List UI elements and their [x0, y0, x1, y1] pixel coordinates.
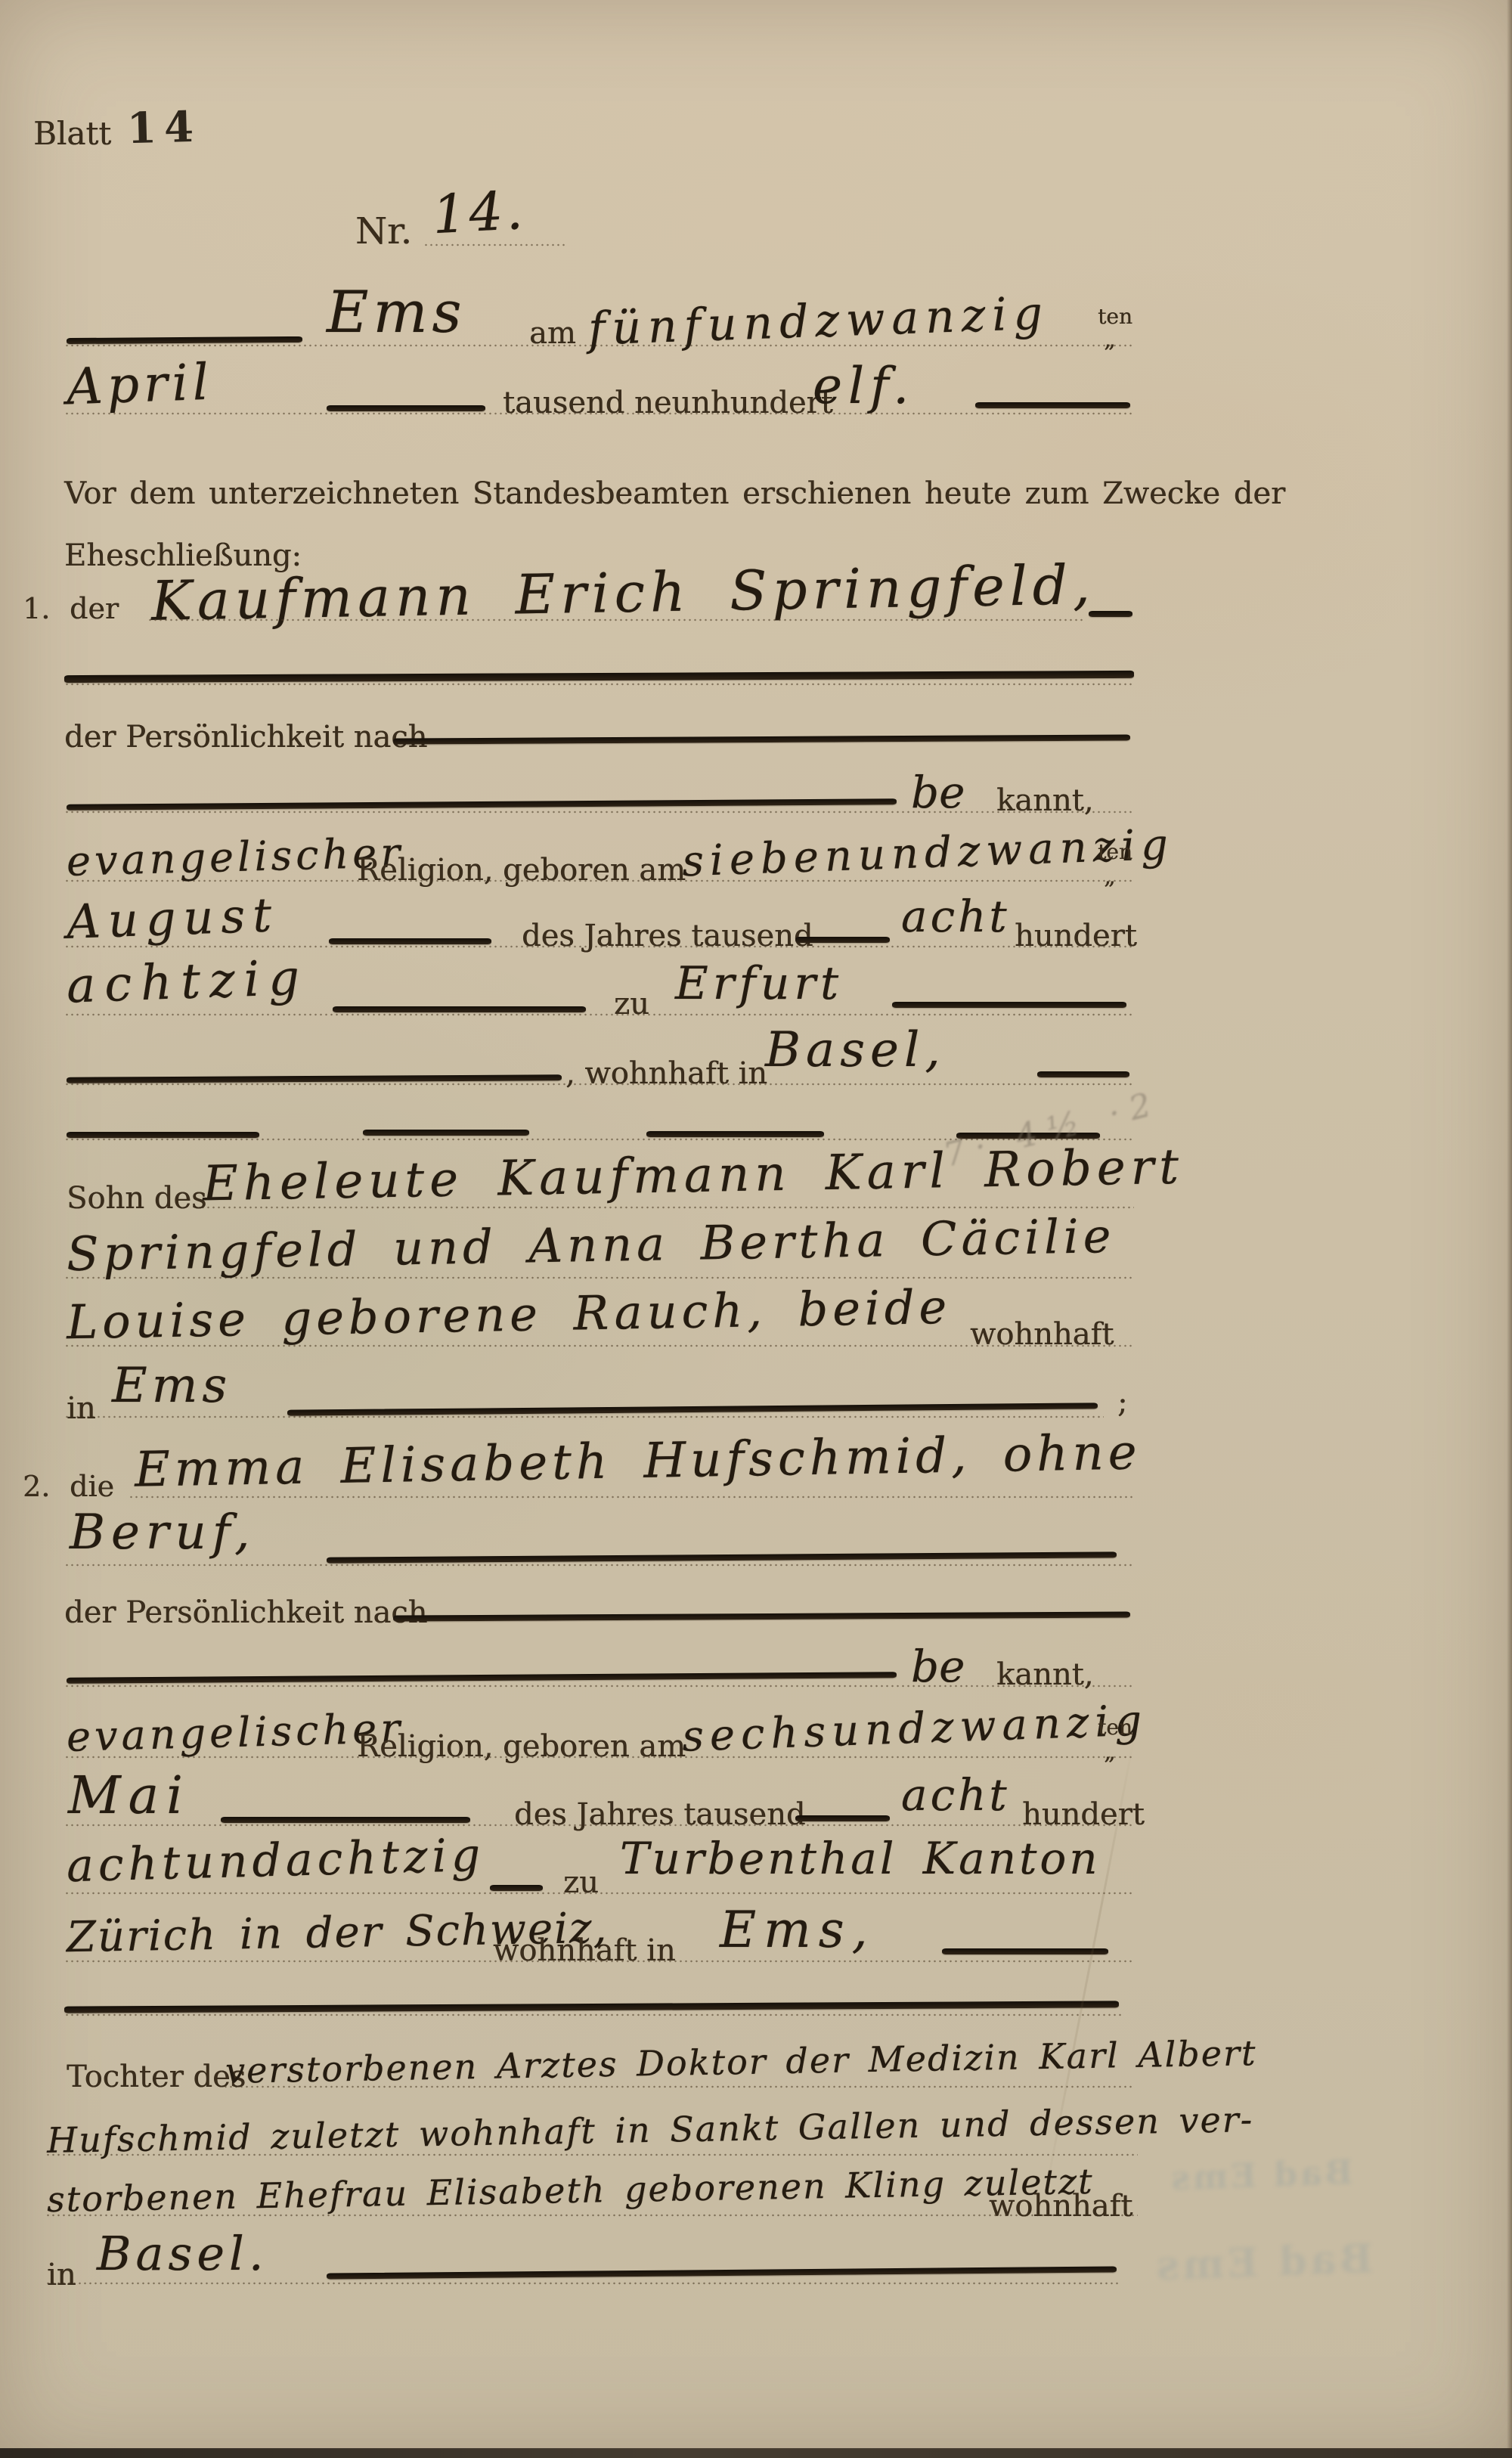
ink-stroke	[393, 1611, 1130, 1621]
bride-parentage-label: Tochter des	[67, 2060, 246, 2094]
groom-article: der	[70, 592, 119, 625]
dotted-guide-line	[64, 1892, 1134, 1895]
ink-stroke	[795, 937, 890, 943]
dotted-guide-line	[64, 1685, 1134, 1688]
bride-year-label: des Jahres tausend	[514, 1797, 805, 1832]
city-entry: Ems	[327, 278, 466, 346]
ink-stroke	[795, 1815, 890, 1821]
groom-kannt-label: kannt,	[996, 783, 1093, 818]
document-page: Blatt 14 Nr. 14. Ems am fünfundzwanzig t…	[0, 0, 1512, 2458]
ink-stroke	[1089, 611, 1132, 617]
bride-religion-entry: evangelischer	[66, 1704, 404, 1761]
ink-stroke	[67, 1074, 562, 1083]
record-number-value: 14.	[431, 179, 527, 246]
bride-residence-entry: Ems,	[720, 1901, 875, 1959]
ink-stroke	[942, 1948, 1108, 1954]
groom-parents-residence-entry: Ems	[112, 1358, 231, 1414]
suffix-mark: „	[1104, 327, 1116, 353]
ghost-stamp: Bad Ems	[1152, 2236, 1374, 2289]
ink-stroke	[975, 402, 1130, 408]
sheet-label: Blatt	[33, 115, 111, 152]
intro-line-1: Vor dem unterzeichneten Standesbeamten e…	[64, 476, 1285, 511]
dotted-guide-line	[64, 2013, 1123, 2016]
ink-stroke	[287, 1403, 1098, 1415]
dotted-guide-line	[64, 811, 1134, 814]
sheet-number-stamp: 14	[126, 102, 202, 154]
bride-religion-label: Religion, geboren am	[357, 1729, 686, 1764]
groom-hundert-label: hundert	[1015, 919, 1137, 953]
groom-terminator: ;	[1117, 1385, 1127, 1420]
ink-stroke	[67, 798, 897, 811]
groom-item-number: 1.	[23, 592, 50, 625]
groom-ordinal-suffix: ten	[1098, 839, 1132, 864]
ink-stroke	[327, 405, 485, 411]
record-number-label: Nr.	[355, 210, 412, 253]
bride-decade-entry: achtundachtzig	[66, 1829, 485, 1892]
groom-in-label: in	[67, 1391, 96, 1426]
ink-stroke	[646, 1131, 824, 1137]
groom-be-entry: be	[911, 767, 965, 818]
groom-wohnhaft-label: wohnhaft	[970, 1317, 1114, 1352]
bride-kannt-label: kannt,	[996, 1657, 1093, 1692]
dotted-guide-line	[64, 1013, 1134, 1016]
bride-identity-label: der Persönlichkeit nach	[64, 1595, 427, 1630]
groom-religion-entry: evangelischer	[66, 829, 404, 885]
bride-ordinal-suffix: ten	[1098, 1715, 1132, 1740]
dotted-guide-line	[147, 618, 1085, 621]
ink-stroke	[327, 1551, 1117, 1563]
ghost-stamp: Bad Ems	[1167, 2153, 1353, 2199]
dotted-guide-line	[64, 1564, 1134, 1567]
bride-century-entry: acht	[901, 1769, 1010, 1821]
groom-birth-month-entry: August	[66, 887, 280, 950]
bride-birth-place-entry: Turbenthal Kanton	[620, 1833, 1101, 1884]
marriage-month-entry: April	[66, 353, 214, 417]
groom-residence-label: , wohnhaft in	[565, 1056, 767, 1091]
groom-religion-label: Religion, geboren am	[357, 853, 686, 888]
groom-parentage-label: Sohn des	[67, 1181, 207, 1216]
bride-suffix-mark: „	[1104, 1739, 1116, 1765]
am-label: am	[529, 316, 576, 351]
bride-article: die	[70, 1470, 114, 1503]
bride-parents-line-2: Hufschmid zuletzt wohnhaft in Sankt Gall…	[47, 2099, 1254, 2161]
groom-suffix-mark: „	[1104, 863, 1116, 890]
ink-stroke	[333, 1006, 586, 1012]
bride-name-entry: Emma Elisabeth Hufschmid, ohne	[134, 1424, 1142, 1498]
ink-stroke	[67, 1672, 897, 1684]
bride-name-entry-2: Beruf,	[70, 1505, 256, 1561]
ink-stroke	[67, 336, 302, 344]
dotted-guide-line	[64, 683, 1134, 686]
bride-in-label: in	[47, 2258, 76, 2292]
bride-residence-label: wohnhaft in	[493, 1933, 676, 1968]
bride-birth-day-entry: sechsundzwanzig	[681, 1696, 1148, 1761]
groom-parents-line-3: Louise geborene Rauch, beide	[66, 1279, 951, 1350]
bride-zu-label: zu	[563, 1865, 599, 1900]
ink-stroke	[363, 1130, 529, 1136]
groom-parents-line-2: Springfeld und Anna Bertha Cäcilie	[66, 1208, 1115, 1282]
groom-decade-entry: achtzig	[66, 950, 309, 1014]
ink-stroke	[221, 1817, 470, 1823]
ink-stroke	[490, 1885, 543, 1891]
ink-stroke	[393, 734, 1130, 744]
groom-residence-entry: Basel,	[765, 1022, 946, 1078]
groom-birth-place-entry: Erfurt	[675, 957, 843, 1010]
ink-stroke	[64, 671, 1134, 683]
dotted-guide-line	[45, 2282, 1119, 2285]
bride-item-number: 2.	[23, 1470, 50, 1503]
bride-hundert-label: hundert	[1022, 1797, 1145, 1832]
scan-edge-right	[1507, 0, 1512, 2458]
ink-stroke	[1037, 1071, 1129, 1077]
ink-stroke	[67, 1132, 259, 1138]
groom-century-entry: acht	[901, 891, 1010, 942]
scan-edge-bottom	[0, 2448, 1512, 2458]
dotted-guide-line	[423, 243, 567, 246]
groom-identity-label: der Persönlichkeit nach	[64, 720, 427, 755]
dotted-guide-line	[64, 1415, 1104, 1418]
bride-be-entry: be	[911, 1641, 965, 1692]
ink-stroke	[327, 2266, 1117, 2279]
ordinal-suffix: ten	[1098, 304, 1132, 329]
groom-year-label: des Jahres tausend	[522, 919, 813, 953]
year-prefix-label: tausend neunhundert	[503, 386, 833, 420]
ink-stroke	[892, 1002, 1126, 1008]
bride-parents-line-3: storbenen Ehefrau Elisabeth geborenen Kl…	[47, 2161, 1094, 2220]
bride-parents-line-1: verstorbenen Arztes Doktor der Medizin K…	[225, 2032, 1257, 2091]
bride-birth-month-entry: Mai	[68, 1766, 191, 1826]
bride-parents-residence-entry: Basel.	[97, 2226, 268, 2281]
dotted-guide-line	[129, 1496, 1134, 1499]
bride-wohnhaft-label: wohnhaft	[989, 2189, 1132, 2224]
marriage-year-entry: elf.	[813, 357, 915, 415]
ink-stroke	[64, 2001, 1119, 2013]
ink-stroke	[329, 938, 491, 944]
groom-zu-label: zu	[614, 987, 649, 1021]
